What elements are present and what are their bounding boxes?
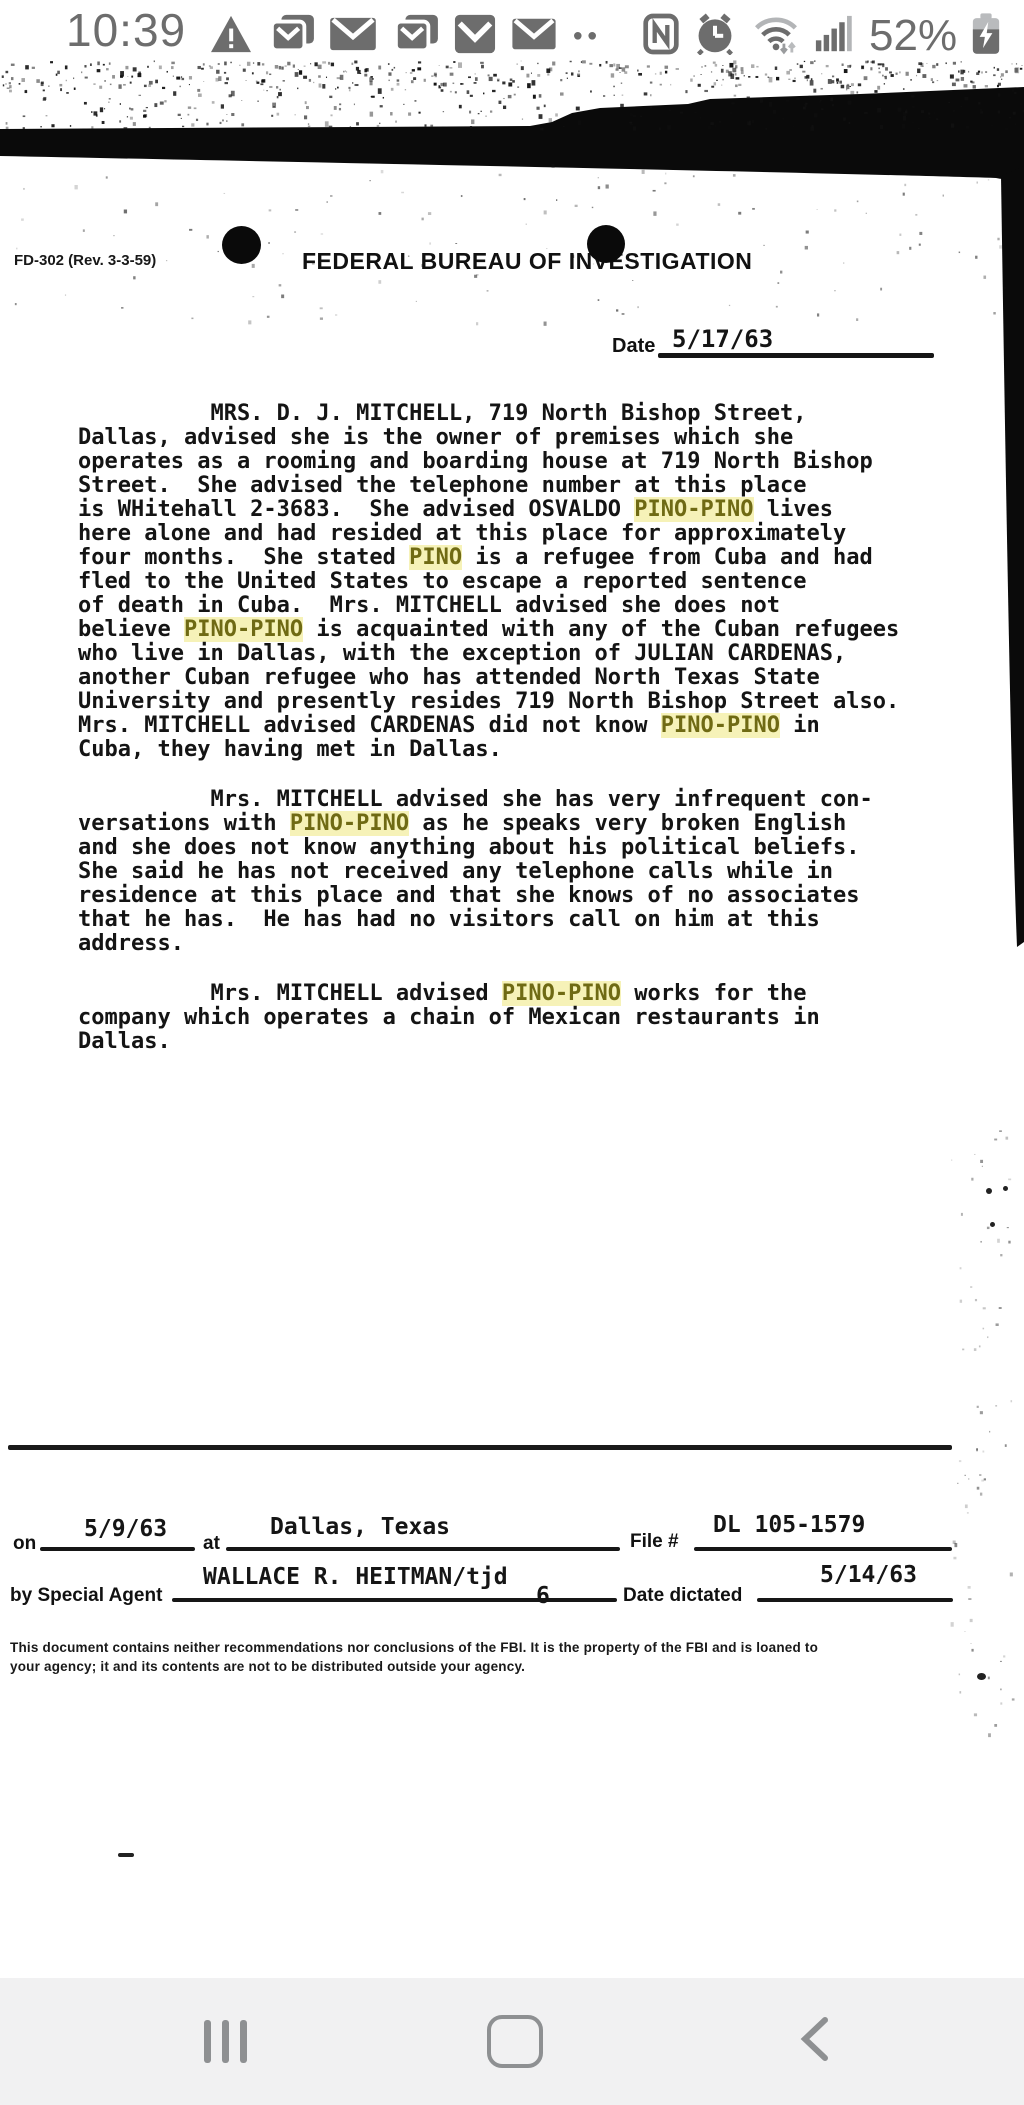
dictated-fill-line xyxy=(757,1598,953,1602)
dictated-label: Date dictated xyxy=(623,1585,742,1607)
email-stack-icon xyxy=(390,13,440,60)
text-line: is WHitehall 2-3683. She advised OSVALDO… xyxy=(78,498,899,522)
system-icons: 52% xyxy=(643,11,1001,61)
back-button[interactable] xyxy=(730,1978,900,2105)
back-icon xyxy=(798,2016,832,2067)
document-scroll-area[interactable]: FD-302 (Rev. 3-3-59) FEDERAL BUREAU OF I… xyxy=(0,58,1024,1978)
page-number: 6 xyxy=(536,1583,550,1609)
text-line: believe PINO-PINO is acquainted with any… xyxy=(78,618,899,642)
text-line: MRS. D. J. MITCHELL, 719 North Bishop St… xyxy=(78,402,899,426)
highlighted-name: PINO-PINO xyxy=(661,713,780,738)
paragraph: Mrs. MITCHELL advised she has very infre… xyxy=(78,788,899,956)
file-label: File # xyxy=(630,1531,679,1553)
text-line: Mrs. MITCHELL advised she has very infre… xyxy=(78,788,899,812)
agent-value: WALLACE R. HEITMAN/tjd xyxy=(203,1564,508,1590)
text-line: Mrs. MITCHELL advised PINO-PINO works fo… xyxy=(78,982,899,1006)
disclaimer-text: This document contains neither recommend… xyxy=(10,1638,818,1676)
scan-mark xyxy=(118,1853,134,1857)
wifi-icon xyxy=(751,12,801,61)
envelope-icon xyxy=(510,16,558,57)
envelope-square-icon xyxy=(452,13,498,60)
status-bar: 10:39 xyxy=(0,0,1024,58)
hole-punch xyxy=(587,225,625,263)
scan-mark xyxy=(986,1188,992,1194)
text-line: here alone and had resided at this place… xyxy=(78,522,899,546)
highlighted-name: PINO-PINO xyxy=(634,497,753,522)
agency-title: FEDERAL BUREAU OF INVESTIGATION xyxy=(302,248,752,275)
on-fill-line xyxy=(40,1547,195,1551)
file-value: DL 105-1579 xyxy=(713,1512,865,1538)
text-line: of death in Cuba. Mrs. MITCHELL advised … xyxy=(78,594,899,618)
recents-button[interactable] xyxy=(140,1978,310,2105)
warning-icon xyxy=(208,14,254,59)
dictated-value: 5/14/63 xyxy=(820,1562,917,1588)
text-line: Cuba, they having met in Dallas. xyxy=(78,738,899,762)
highlighted-name: PINO-PINO xyxy=(184,617,303,642)
agent-label: by Special Agent xyxy=(10,1585,162,1607)
scan-mark xyxy=(1003,1186,1008,1191)
on-label: on xyxy=(13,1533,36,1555)
file-fill-line xyxy=(694,1547,952,1551)
battery-charging-icon xyxy=(971,13,1001,60)
date-fill-line xyxy=(658,353,934,358)
highlighted-name: PINO-PINO xyxy=(502,981,621,1006)
alarm-icon xyxy=(693,13,737,60)
text-line: that he has. He has had no visitors call… xyxy=(78,908,899,932)
scan-mark xyxy=(977,1673,986,1680)
scan-mark xyxy=(990,1222,995,1227)
email-stack-icon xyxy=(266,13,316,60)
notification-icons xyxy=(208,13,600,60)
text-line: residence at this place and that she kno… xyxy=(78,884,899,908)
phone-screen: 10:39 xyxy=(0,0,1024,2105)
text-line: company which operates a chain of Mexica… xyxy=(78,1006,899,1030)
text-line: University and presently resides 719 Nor… xyxy=(78,690,899,714)
on-value: 5/9/63 xyxy=(84,1516,167,1542)
text-line: who live in Dallas, with the exception o… xyxy=(78,642,899,666)
text-line: She said he has not received any telepho… xyxy=(78,860,899,884)
text-line: Dallas, advised she is the owner of prem… xyxy=(78,426,899,450)
battery-percent-text: 52% xyxy=(869,11,957,61)
text-line: versations with PINO-PINO as he speaks v… xyxy=(78,812,899,836)
date-value: 5/17/63 xyxy=(672,325,773,353)
agent-fill-line xyxy=(172,1598,617,1602)
at-value: Dallas, Texas xyxy=(270,1514,450,1540)
at-fill-line xyxy=(226,1547,620,1551)
date-label: Date xyxy=(612,335,655,358)
text-line: and she does not know anything about his… xyxy=(78,836,899,860)
at-label: at xyxy=(203,1533,220,1555)
home-icon xyxy=(487,2015,543,2068)
paragraph: Mrs. MITCHELL advised PINO-PINO works fo… xyxy=(78,982,899,1054)
recents-icon xyxy=(198,2020,252,2063)
text-line: Dallas. xyxy=(78,1030,899,1054)
text-line: four months. She stated PINO is a refuge… xyxy=(78,546,899,570)
clock-text: 10:39 xyxy=(66,3,186,57)
text-line: Mrs. MITCHELL advised CARDENAS did not k… xyxy=(78,714,899,738)
text-line: Street. She advised the telephone number… xyxy=(78,474,899,498)
text-line: operates as a rooming and boarding house… xyxy=(78,450,899,474)
navigation-bar xyxy=(0,1978,1024,2105)
form-number: FD-302 (Rev. 3-3-59) xyxy=(14,252,156,269)
disclaimer-line: your agency; it and its contents are not… xyxy=(10,1657,818,1676)
text-line: another Cuban refugee who has attended N… xyxy=(78,666,899,690)
signal-strength-icon xyxy=(815,13,853,60)
highlighted-name: PINO xyxy=(409,545,462,570)
envelope-icon xyxy=(328,15,378,58)
paragraph: MRS. D. J. MITCHELL, 719 North Bishop St… xyxy=(78,402,899,762)
nfc-icon xyxy=(643,13,679,60)
footer-divider-line xyxy=(8,1445,952,1450)
document-body-text: MRS. D. J. MITCHELL, 719 North Bishop St… xyxy=(78,402,899,1054)
hole-punch xyxy=(222,226,261,264)
highlighted-name: PINO-PINO xyxy=(290,811,409,836)
more-notifications-icon xyxy=(570,16,600,57)
disclaimer-line: This document contains neither recommend… xyxy=(10,1638,818,1657)
home-button[interactable] xyxy=(430,1978,600,2105)
text-line: address. xyxy=(78,932,899,956)
text-line: fled to the United States to escape a re… xyxy=(78,570,899,594)
